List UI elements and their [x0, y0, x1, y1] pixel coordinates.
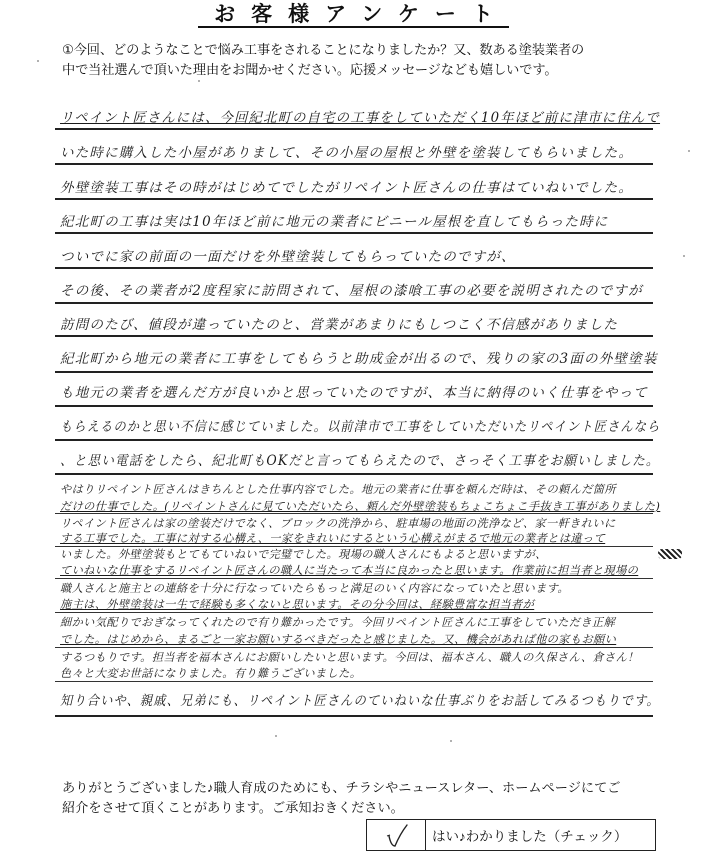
notice-line: 紹介をさせて頂くことがあります。ご承知おきください。 [62, 798, 682, 818]
checkmark-icon [367, 820, 425, 850]
writing-rule [55, 473, 653, 475]
writing-rule [55, 612, 653, 613]
handwritten-line: 外壁塗装工事はその時がはじめてでしたがリペイント匠さんの仕事はていねいでした。 [60, 176, 633, 196]
handwritten-line: 、と思い電話をしたら、紀北町もOKだと言ってもらえたので、さっそく工事をお願いし… [60, 449, 660, 469]
handwritten-line: ていねいな仕事をするリペイント匠さんの職人に当たって本当に良かったと思います。作… [60, 562, 638, 578]
handwritten-line: 細かい気配りでおぎなってくれたので有り難かったです。今回リペイント匠さんに工事を… [60, 614, 615, 630]
question-line: 中で当社選んで頂いた理由をお聞かせください。応援メッセージなども嬉しいです。 [62, 60, 682, 80]
consent-checkbox-row[interactable]: はい♪わかりました（チェック） [366, 819, 656, 851]
writing-rule [55, 578, 653, 579]
scan-speck [37, 60, 39, 62]
writing-rule [55, 439, 653, 441]
writing-rule [55, 405, 653, 407]
consent-checkbox[interactable] [367, 820, 426, 850]
consent-label: はい♪わかりました（チェック） [426, 820, 655, 850]
handwritten-line: 色々と大変お世話になりました。有り難うございました。 [60, 665, 361, 681]
writing-rule [55, 371, 653, 373]
scan-speck [198, 80, 200, 82]
publication-notice: ありがとうございました♪職人育成のためにも、チラシやニュースレター、ホームページ… [62, 778, 682, 818]
scan-speck [688, 150, 690, 152]
scan-speck [275, 735, 277, 737]
handwritten-line: 紀北町の工事は実は10年ほど前に地元の業者にビニール屋根を直してもらった時に [60, 210, 609, 230]
handwritten-line: だけの仕事でした。(リペイントさんに見ていただいたら、頼んだ外壁塗装もちょこちょ… [60, 498, 660, 514]
handwritten-line: 施主は、外壁塗装は一生で経験も多くないと思います。その分今回は、経験豊富な担当者… [60, 596, 534, 612]
handwritten-line: リペイント匠さんは家の塗装だけでなく、ブロックの洗浄から、駐車場の地面の洗浄など… [60, 515, 616, 531]
scan-speck [450, 740, 452, 742]
handwritten-line: もらえるのかと思い不信に感じていました。以前津市で工事をしていただいたリペイント… [60, 415, 660, 435]
question-line: ①今回、どのようなことで悩み工事をされることになりましたか？又、数ある塗装業者の [62, 40, 682, 60]
handwritten-line: も地元の業者を選んだ方が良いかと思っていたのですが、本当に納得のいく仕事をやって [60, 381, 648, 401]
handwritten-line: その後、その業者が2度程家に訪問されて、屋根の漆喰工事の必要を説明されたのですが [60, 279, 643, 299]
survey-title-text: お客様アンケート [198, 2, 509, 28]
handwritten-line: リペイント匠さんには、今回紀北町の自宅の工事をしていただく10年ほど前に津市に住… [60, 106, 660, 126]
scan-speck [683, 255, 685, 257]
scribble-correction [658, 549, 682, 559]
notice-line: ありがとうございました♪職人育成のためにも、チラシやニュースレター、ホームページ… [62, 778, 682, 798]
writing-rule [55, 198, 653, 200]
handwritten-line: 紀北町から地元の業者に工事をしてもらうと助成金が出るので、残りの家の3面の外壁塗… [60, 347, 658, 367]
writing-rule [55, 163, 653, 165]
question-prompt: ①今回、どのようなことで悩み工事をされることになりましたか？又、数ある塗装業者の… [62, 40, 682, 80]
writing-rule [55, 647, 653, 648]
writing-rule [55, 302, 653, 304]
writing-rule [55, 232, 653, 234]
handwritten-line: いた時に購入した小屋がありまして、その小屋の屋根と外壁を塗装してもらいました。 [60, 141, 633, 161]
handwritten-line: 職人さんと施主との連絡を十分に行なっていたらもっと満足のいく内容になっていたと思… [60, 580, 569, 596]
handwritten-line: やはりリペイント匠さんはきちんとした仕事内容でした。地元の業者に仕事を頼んだ時は… [60, 481, 616, 497]
handwritten-line: する工事でした。工事に対する心構え、一家をきれいにするという心構えがまるで地元の… [60, 530, 605, 546]
writing-rule [55, 513, 653, 514]
writing-rule [55, 128, 653, 130]
handwritten-line: 訪問のたび、値段が違っていたのと、営業があまりにもしつこく不信感がありました [60, 313, 618, 333]
writing-rule [55, 681, 653, 682]
writing-rule [55, 267, 653, 269]
handwritten-line: するつもりです。担当者を福本さんにお願いしたいと思います。今回は、福本さん、職人… [60, 649, 639, 665]
survey-title: お客様アンケート [0, 2, 707, 28]
writing-rule [55, 715, 653, 717]
handwritten-line: でした。はじめから、まるごと一家お願いするべきだったと感じました。又、機会があれ… [60, 631, 616, 647]
writing-rule [55, 335, 653, 337]
handwritten-line: ついでに家の前面の一面だけを外壁塗装してもらっていたのですが、 [60, 245, 516, 265]
handwritten-line: いました。外壁塗装もとてもていねいで完璧でした。現場の職人さんにもよると思います… [60, 546, 547, 562]
handwritten-line: 知り合いや、親戚、兄弟にも、リペイント匠さんのていねいな仕事ぶりをお話してみるつ… [60, 689, 660, 709]
